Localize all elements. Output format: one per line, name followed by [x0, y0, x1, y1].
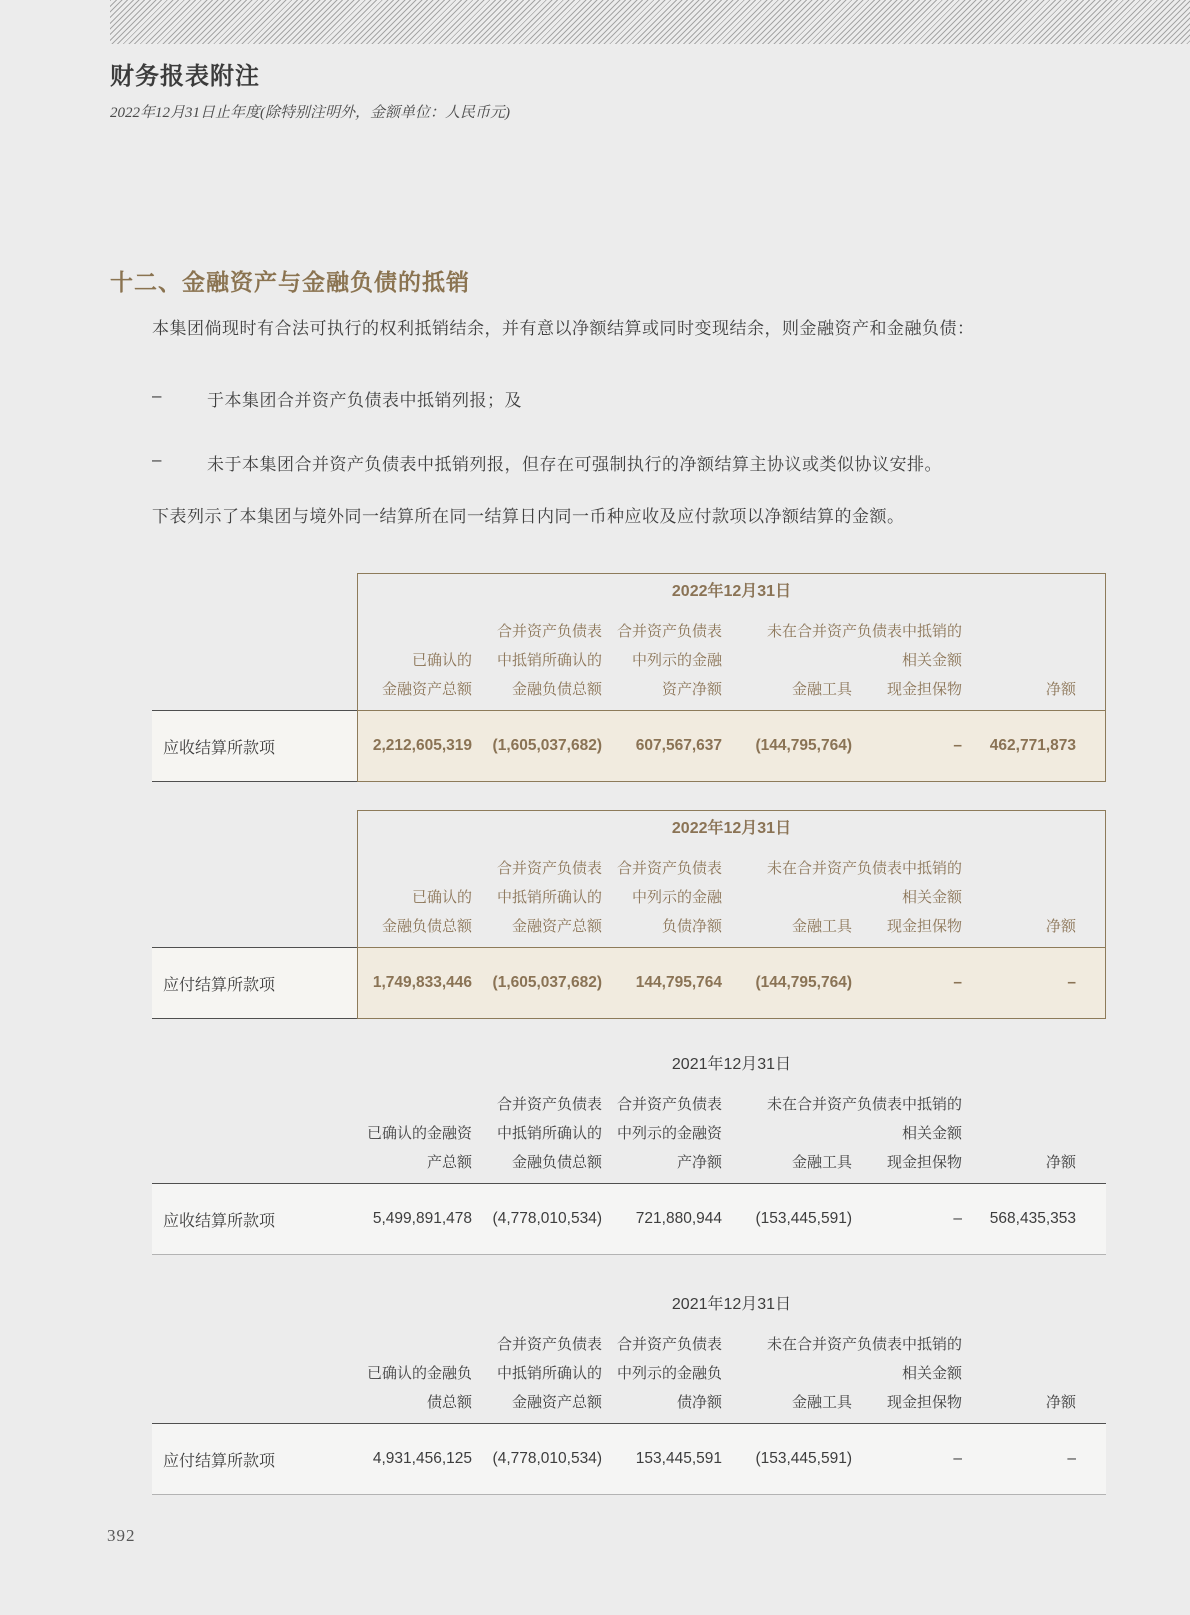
col-header: 合并资产负债表	[602, 1324, 722, 1353]
col-header: 产总额	[357, 1142, 472, 1171]
hatch-pattern-band	[110, 0, 1190, 44]
col-header: 金融负债总额	[472, 669, 602, 698]
cell-value: –	[962, 947, 1106, 1019]
col-header: 已确认的	[357, 877, 472, 906]
page-title: 财务报表附注	[110, 56, 260, 91]
col-header: 净额	[962, 669, 1106, 698]
col-header: 负债净额	[602, 906, 722, 935]
col-header: 合并资产负债表	[472, 1324, 602, 1353]
col-header: 未在合并资产负债表中抵销的	[722, 848, 962, 877]
section-heading: 十二、金融资产与金融负债的抵销	[110, 264, 470, 297]
intro-paragraph: 本集团倘现时有合法可执行的权利抵销结余，并有意以净额结算或同时变现结余，则金融资…	[152, 318, 1142, 341]
cell-value: 1,749,833,446	[357, 947, 472, 1019]
cell-value: (1,605,037,682)	[472, 710, 602, 782]
col-header: 合并资产负债表	[472, 611, 602, 640]
col-header: 中抵销所确认的	[472, 640, 602, 669]
row-label: 应收结算所款项	[152, 710, 357, 782]
cell-value: 568,435,353	[962, 1183, 1106, 1255]
cell-value: –	[962, 1423, 1106, 1495]
page-subtitle: 2022年12月31日止年度(除特别注明外，金额单位：人民币元)	[110, 101, 510, 122]
bullet-item: – 未于本集团合并资产负债表中抵销列报，但存在可强制执行的净额结算主协议或类似协…	[152, 450, 942, 475]
table-2021-receivables: 2021年12月31日 合并资产负债表 合并资产负债表 未在合并资产负债表中抵销…	[152, 1046, 1106, 1255]
bullet-text: 于本集团合并资产负债表中抵销列报；及	[207, 386, 522, 411]
col-header: 中抵销所确认的	[472, 1113, 602, 1142]
cell-value: 2,212,605,319	[357, 710, 472, 782]
cell-value: (153,445,591)	[722, 1423, 852, 1495]
col-header: 中列示的金融	[602, 640, 722, 669]
bullet-marker: –	[152, 450, 207, 475]
col-header: 中列示的金融资	[602, 1113, 722, 1142]
table-2021-payables: 2021年12月31日 合并资产负债表 合并资产负债表 未在合并资产负债表中抵销…	[152, 1286, 1106, 1495]
table-date: 2022年12月31日	[357, 810, 1106, 848]
cell-value: (4,778,010,534)	[472, 1423, 602, 1495]
col-header: 合并资产负债表	[602, 848, 722, 877]
cell-value: 5,499,891,478	[357, 1183, 472, 1255]
col-header: 未在合并资产负债表中抵销的	[722, 1324, 962, 1353]
col-header: 中抵销所确认的	[472, 1353, 602, 1382]
col-header: 现金担保物	[852, 669, 962, 698]
col-header: 未在合并资产负债表中抵销的	[722, 1084, 962, 1113]
col-header: 合并资产负债表	[602, 611, 722, 640]
col-header: 中列示的金融	[602, 877, 722, 906]
col-header: 已确认的金融资	[357, 1113, 472, 1142]
col-header: 金融工具	[722, 669, 852, 698]
table-date: 2021年12月31日	[357, 1286, 1106, 1324]
col-header: 资产净额	[602, 669, 722, 698]
col-header: 债总额	[357, 1382, 472, 1411]
cell-value: (153,445,591)	[722, 1183, 852, 1255]
col-header: 现金担保物	[852, 1142, 962, 1171]
cell-value: 153,445,591	[602, 1423, 722, 1495]
bullet-text: 未于本集团合并资产负债表中抵销列报，但存在可强制执行的净额结算主协议或类似协议安…	[207, 450, 942, 475]
cell-value: 462,771,873	[962, 710, 1106, 782]
col-header: 净额	[962, 1142, 1106, 1171]
col-header: 金融工具	[722, 1142, 852, 1171]
page-number: 392	[107, 1526, 136, 1546]
col-header: 相关金额	[722, 1353, 962, 1382]
col-header: 已确认的	[357, 640, 472, 669]
col-header: 金融负债总额	[472, 1142, 602, 1171]
col-header: 相关金额	[722, 877, 962, 906]
row-label: 应付结算所款项	[152, 947, 357, 1019]
col-header: 现金担保物	[852, 1382, 962, 1411]
col-header: 中抵销所确认的	[472, 877, 602, 906]
col-header: 中列示的金融负	[602, 1353, 722, 1382]
col-header: 已确认的金融负	[357, 1353, 472, 1382]
table-date: 2021年12月31日	[357, 1046, 1106, 1084]
col-header: 相关金额	[722, 640, 962, 669]
row-label: 应收结算所款项	[152, 1183, 357, 1255]
cell-value: 721,880,944	[602, 1183, 722, 1255]
col-header: 金融负债总额	[357, 906, 472, 935]
col-header: 金融工具	[722, 906, 852, 935]
table-2022-receivables: 2022年12月31日 合并资产负债表 合并资产负债表 未在合并资产负债表中抵销…	[152, 573, 1106, 782]
col-header: 产净额	[602, 1142, 722, 1171]
table-2022-payables: 2022年12月31日 合并资产负债表 合并资产负债表 未在合并资产负债表中抵销…	[152, 810, 1106, 1019]
col-header: 金融资产总额	[357, 669, 472, 698]
col-header: 金融资产总额	[472, 1382, 602, 1411]
cell-value: 144,795,764	[602, 947, 722, 1019]
cell-value: 4,931,456,125	[357, 1423, 472, 1495]
cell-value: –	[852, 710, 962, 782]
col-header: 金融工具	[722, 1382, 852, 1411]
col-header: 净额	[962, 1382, 1106, 1411]
col-header: 债净额	[602, 1382, 722, 1411]
cell-value: (1,605,037,682)	[472, 947, 602, 1019]
cell-value: (4,778,010,534)	[472, 1183, 602, 1255]
cell-value: –	[852, 1423, 962, 1495]
col-header: 未在合并资产负债表中抵销的	[722, 611, 962, 640]
col-header: 相关金额	[722, 1113, 962, 1142]
col-header: 合并资产负债表	[602, 1084, 722, 1113]
col-header: 合并资产负债表	[472, 1084, 602, 1113]
row-label: 应付结算所款项	[152, 1423, 357, 1495]
table-intro-paragraph: 下表列示了本集团与境外同一结算所在同一结算日内同一币种应收及应付款项以净额结算的…	[152, 506, 1142, 529]
cell-value: 607,567,637	[602, 710, 722, 782]
table-date: 2022年12月31日	[357, 573, 1106, 611]
col-header: 净额	[962, 906, 1106, 935]
col-header: 合并资产负债表	[472, 848, 602, 877]
cell-value: –	[852, 1183, 962, 1255]
bullet-item: – 于本集团合并资产负债表中抵销列报；及	[152, 386, 522, 411]
cell-value: (144,795,764)	[722, 947, 852, 1019]
bullet-marker: –	[152, 386, 207, 411]
cell-value: –	[852, 947, 962, 1019]
col-header: 金融资产总额	[472, 906, 602, 935]
col-header: 现金担保物	[852, 906, 962, 935]
document-page: 财务报表附注 2022年12月31日止年度(除特别注明外，金额单位：人民币元) …	[0, 0, 1190, 1615]
cell-value: (144,795,764)	[722, 710, 852, 782]
